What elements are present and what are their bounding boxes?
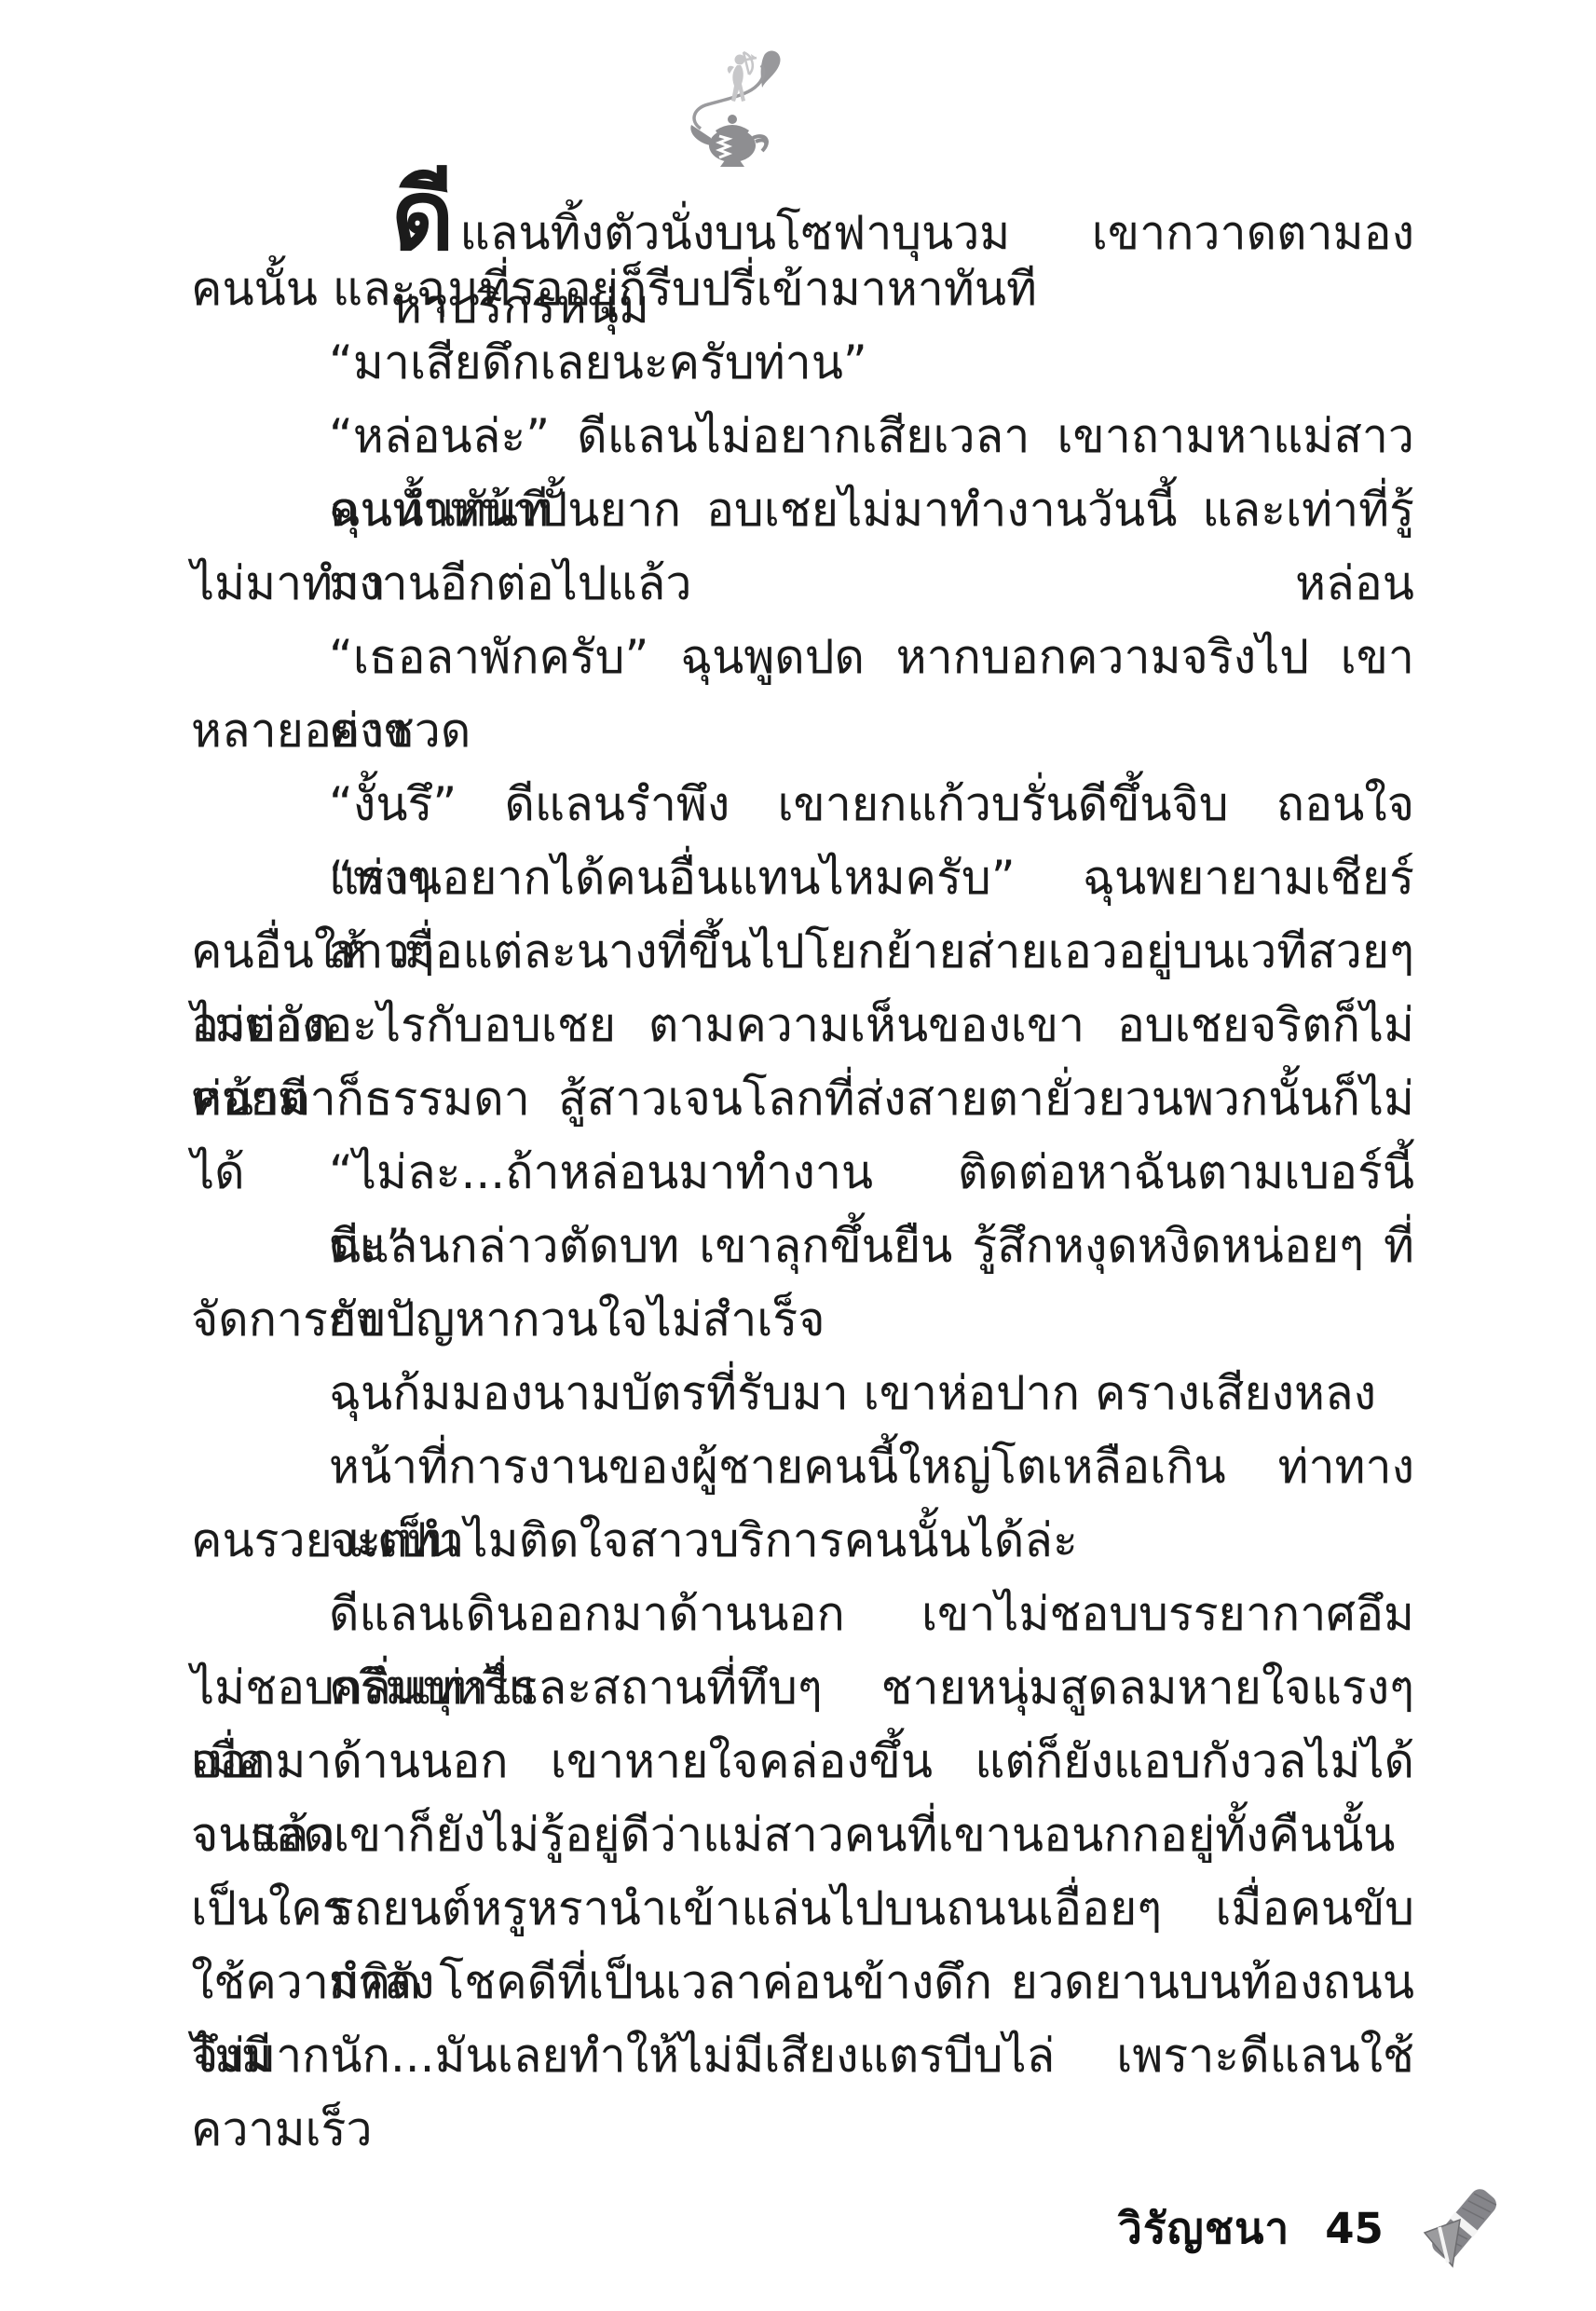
text-line: คนรวย แต่ทำไมติดใจสาวบริการคนนั้นได้ล่ะ xyxy=(191,1504,1414,1578)
footer: วิรัญชนา 45 xyxy=(1118,2179,1505,2277)
wrapped-parcels-icon xyxy=(1419,2179,1505,2277)
text-line: ไม่มากนัก...มันเลยทำให้ไม่มีเสียงแตรบีบไ… xyxy=(191,2019,1414,2093)
text-line: “มาเสียดึกเลยนะครับท่าน” xyxy=(191,326,1414,400)
text-line: “ท่านอยากได้คนอื่นแทนไหมครับ” ฉุนพยายามเ… xyxy=(191,841,1414,915)
text-line: ใช้ความคิด โชคดีที่เป็นเวลาค่อนข้างดึก ย… xyxy=(191,1946,1414,2019)
genie-lamp-icon xyxy=(690,115,767,167)
text-line: ไม่ชอบกลิ่นบุหรี่และสถานที่ทึบๆ ชายหนุ่ม… xyxy=(191,1651,1414,1725)
text-line: จนรอดเขาก็ยังไม่รู้อยู่ดีว่าแม่สาวคนที่เ… xyxy=(191,1798,1414,1872)
author-name: วิรัญชนา xyxy=(1118,2195,1289,2263)
text-line: “หล่อนล่ะ” ดีแลนไม่อยากเสียเวลา เขาถามหา… xyxy=(191,400,1414,473)
text-line: คนนั้น และฉุนที่รออยู่ก็รีบปรี่เข้ามาหาท… xyxy=(191,253,1414,326)
page-number: 45 xyxy=(1325,2204,1384,2253)
book-page: ดีแลนทิ้งตัวนั่งบนโซฟาบุนวม เขากวาดตามอง… xyxy=(0,0,1596,2311)
text-line: คนอื่นให้ เมื่อแต่ละนางที่ขึ้นไปโยกย้ายส… xyxy=(191,915,1414,989)
text-line: ดีแลนทิ้งตัวนั่งบนโซฟาบุนวม เขากวาดตามอง… xyxy=(191,179,1414,253)
text-line: ไม่ต่างอะไรกับอบเชย ตามความเห็นของเขา อบ… xyxy=(191,989,1414,1062)
text-line: หน้าตาก็ธรรมดา สู้สาวเจนโลกที่ส่งสายตายั… xyxy=(191,1062,1414,1136)
text-line: หน้าที่การงานของผู้ชายคนนี้ใหญ่โตเหลือเก… xyxy=(191,1430,1414,1504)
text-line: รถยนต์หรูหรานำเข้าแล่นไปบนถนนเอื่อยๆ เมื… xyxy=(191,1872,1414,1946)
text-line: จัดการกับปัญหากวนใจไม่สำเร็จ xyxy=(191,1283,1414,1357)
text-line: ฉุนทำหน้าปั้นยาก อบเชยไม่มาทำงานวันนี้ แ… xyxy=(191,473,1414,547)
text-line: ออกมาด้านนอก เขาหายใจคล่องขึ้น แต่ก็ยังแ… xyxy=(191,1725,1414,1798)
genie-lamp-ornament-icon xyxy=(688,48,781,170)
text-line: “เธอลาพักครับ” ฉุนพูดปด หากบอกความจริงไป… xyxy=(191,621,1414,694)
cupid-icon xyxy=(728,52,757,102)
text-line: “งั้นรึ” ดีแลนรำพึง เขายกแก้วบรั่นดีขึ้น… xyxy=(191,768,1414,841)
page-text: ดีแลนทิ้งตัวนั่งบนโซฟาบุนวม เขากวาดตามอง… xyxy=(191,179,1414,2093)
text-line: ดีแลนกล่าวตัดบท เขาลุกขึ้นยืน รู้สึกหงุด… xyxy=(191,1210,1414,1283)
text-line: ฉุนก้มมองนามบัตรที่รับมา เขาห่อปาก ครางเ… xyxy=(191,1357,1414,1430)
text-line: หลายอย่าง xyxy=(191,694,1414,768)
text-line: “ไม่ละ...ถ้าหล่อนมาทำงาน ติดต่อหาฉันตามเ… xyxy=(191,1136,1414,1210)
text-line: ดีแลนเดินออกมาด้านนอก เขาไม่ชอบบรรยากาศอ… xyxy=(191,1578,1414,1651)
